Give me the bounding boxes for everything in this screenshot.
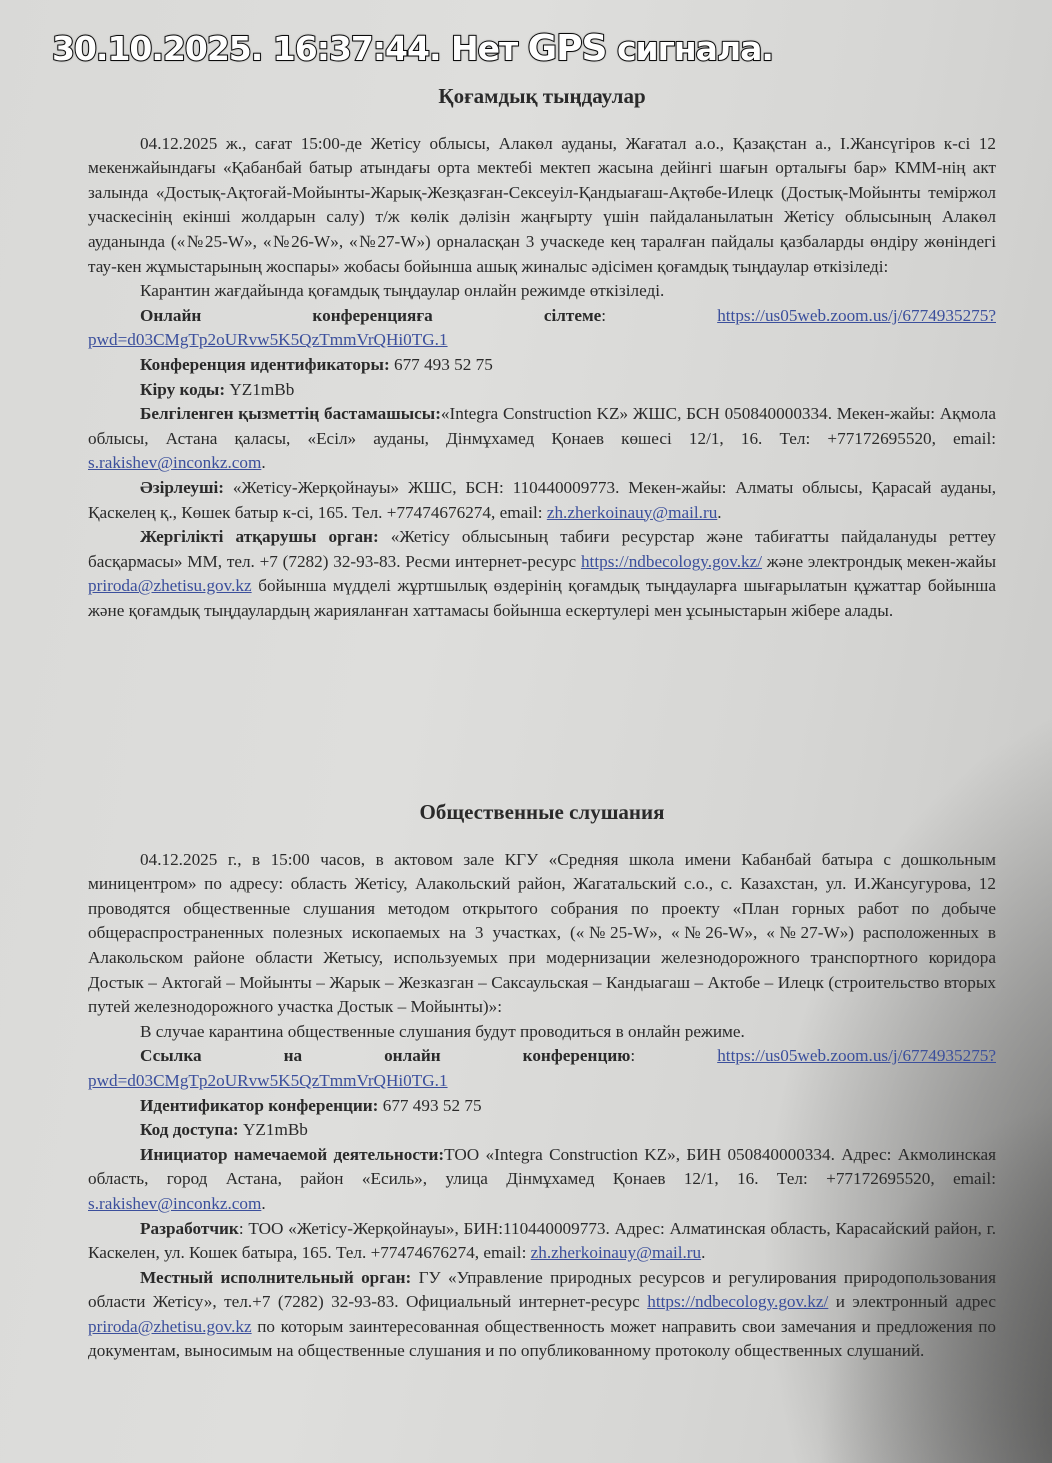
kz-quarantine: Карантин жағдайында қоғамдық тыңдаулар о… xyxy=(88,279,996,304)
ru-local-label: Местный исполнительный орган: xyxy=(140,1268,411,1287)
ru-local-authority: Местный исполнительный орган: ГУ «Управл… xyxy=(88,1266,996,1364)
kz-link-row: Онлайн конференцияға сілтеме: https://us… xyxy=(88,304,996,353)
kz-developer-email[interactable]: zh.zherkoinauy@mail.ru xyxy=(547,503,717,522)
kz-local-authority: Жергілікті атқарушы орган: «Жетісу облыс… xyxy=(88,525,996,623)
kz-local-label: Жергілікті атқарушы орган: xyxy=(140,527,379,546)
kz-developer-text: «Жетісу-Жерқойнауы» ЖШС, БСН: 1104400097… xyxy=(88,478,996,522)
ru-developer: Разработчик: ТОО «Жетісу-Жерқойнауы», БИ… xyxy=(88,1217,996,1266)
ru-intro: 04.12.2025 г., в 15:00 часов, в актовом … xyxy=(88,848,996,1020)
ru-title: Общественные слушания xyxy=(88,800,996,825)
kz-conf-id: 677 493 52 75 xyxy=(394,355,493,374)
russian-notice: Общественные слушания 04.12.2025 г., в 1… xyxy=(88,800,996,1364)
ru-developer-email[interactable]: zh.zherkoinauy@mail.ru xyxy=(531,1243,701,1262)
kz-developer-label: Әзірлеуші: xyxy=(140,478,224,497)
ru-quarantine: В случае карантина общественные слушания… xyxy=(88,1020,996,1045)
kz-link-label: Онлайн конференцияға сілтеме xyxy=(140,306,601,325)
signal-text: сигнала. xyxy=(606,29,772,68)
kz-title: Қоғамдық тыңдаулар xyxy=(88,84,996,109)
kz-code: YZ1mBb xyxy=(229,380,294,399)
kz-local-email[interactable]: priroda@zhetisu.gov.kz xyxy=(88,576,252,595)
ru-initiator: Инициатор намечаемой деятельности:ТОО «I… xyxy=(88,1143,996,1217)
ru-code-row: Код доступа: YZ1mBb xyxy=(88,1118,996,1143)
ru-conf-id-row: Идентификатор конференции: 677 493 52 75 xyxy=(88,1094,996,1119)
ru-conf-id: 677 493 52 75 xyxy=(383,1096,482,1115)
timestamp-text: 30.10.2025. 16:37:44. Нет xyxy=(52,29,528,68)
kz-initiator-label: Белгіленген қызметтің бастамашысы: xyxy=(140,404,441,423)
kz-local-text: және электрондық мекен-жайы xyxy=(762,552,996,571)
ru-conf-id-label: Идентификатор конференции: xyxy=(140,1096,378,1115)
kz-code-label: Кіру коды: xyxy=(140,380,225,399)
ru-local-email[interactable]: priroda@zhetisu.gov.kz xyxy=(88,1317,252,1336)
kz-code-row: Кіру коды: YZ1mBb xyxy=(88,378,996,403)
ru-link-label: Ссылка на онлайн конференцию xyxy=(140,1046,630,1065)
ru-initiator-email[interactable]: s.rakishev@inconkz.com xyxy=(88,1194,261,1213)
ru-code-label: Код доступа: xyxy=(140,1120,239,1139)
kz-conf-id-row: Конференция идентификаторы: 677 493 52 7… xyxy=(88,353,996,378)
ru-local-text: и электронный адрес xyxy=(828,1292,996,1311)
ru-link-row: Ссылка на онлайн конференцию: https://us… xyxy=(88,1044,996,1093)
ru-code: YZ1mBb xyxy=(243,1120,308,1139)
ru-local-site-link[interactable]: https://ndbecology.gov.kz/ xyxy=(647,1292,828,1311)
camera-timestamp-overlay: 30.10.2025. 16:37:44. Нет GPS сигнала. xyxy=(52,28,773,69)
kz-conf-id-label: Конференция идентификаторы: xyxy=(140,355,390,374)
kz-intro: 04.12.2025 ж., сағат 15:00-де Жетісу обл… xyxy=(88,132,996,280)
gps-text: GPS xyxy=(528,28,607,69)
ru-initiator-label: Инициатор намечаемой деятельности: xyxy=(140,1145,444,1164)
kz-developer: Әзірлеуші: «Жетісу-Жерқойнауы» ЖШС, БСН:… xyxy=(88,476,996,525)
kz-initiator-email[interactable]: s.rakishev@inconkz.com xyxy=(88,453,261,472)
ru-developer-label: Разработчик xyxy=(140,1219,239,1238)
kz-local-site-link[interactable]: https://ndbecology.gov.kz/ xyxy=(581,552,762,571)
kz-initiator: Белгіленген қызметтің бастамашысы:«Integ… xyxy=(88,402,996,476)
kazakh-notice: Қоғамдық тыңдаулар 04.12.2025 ж., сағат … xyxy=(88,84,996,623)
